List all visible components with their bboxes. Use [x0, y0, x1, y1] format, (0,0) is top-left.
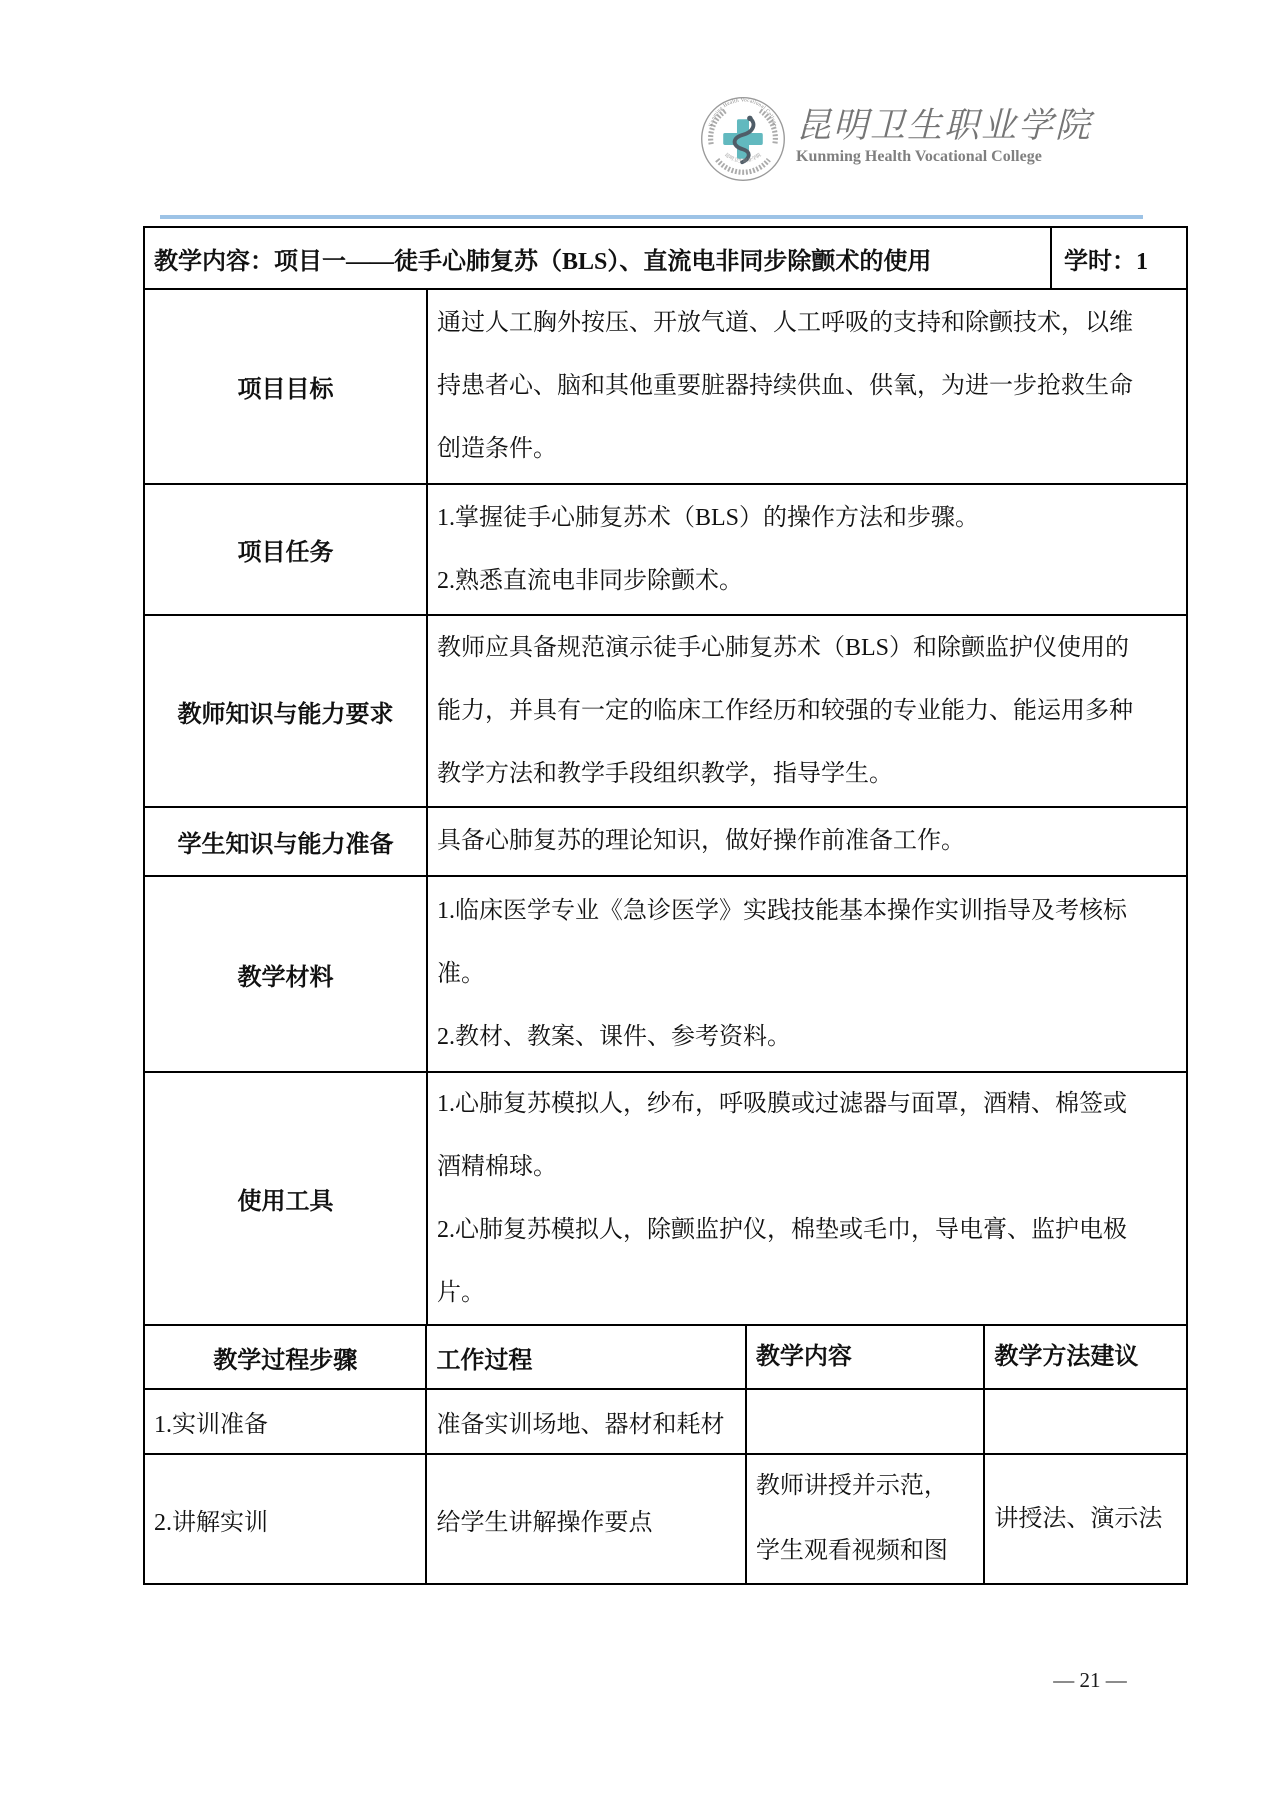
table-row-student-preparation: 学生知识与能力准备 具备心肺复苏的理论知识，做好操作前准备工作。: [145, 808, 1188, 877]
row-label: 教师知识与能力要求: [145, 616, 428, 808]
teaching-content-title: 教学内容：项目一——徒手心肺复苏（BLS）、直流电非同步除颤术的使用: [145, 228, 1052, 290]
process-work: 给学生讲解操作要点: [427, 1455, 746, 1585]
class-hours: 学时：1: [1052, 228, 1188, 290]
college-seal-icon: Kunming Health Vocational College 昆明卫生职业…: [700, 96, 786, 182]
table-row-teaching-materials: 教学材料 1.临床医学专业《急诊医学》实践技能基本操作实训指导及考核标 准。 2…: [145, 877, 1188, 1073]
process-header-row: 教学过程步骤 工作过程 教学内容 教学方法建议: [145, 1326, 1188, 1390]
table-row-project-task: 项目任务 1.掌握徒手心肺复苏术（BLS）的操作方法和步骤。 2.熟悉直流电非同…: [145, 485, 1188, 616]
header-divider: [160, 215, 1143, 219]
document-page: Kunming Health Vocational College 昆明卫生职业…: [0, 0, 1274, 1801]
process-row-explanation: 2.讲解实训 给学生讲解操作要点 教师讲授并示范， 学生观看视频和图 讲授法、演…: [145, 1455, 1188, 1585]
row-label: 学生知识与能力准备: [145, 808, 428, 877]
process-content: [747, 1390, 986, 1455]
table-row-tools: 使用工具 1.心肺复苏模拟人，纱布，呼吸膜或过滤器与面罩，酒精、棉签或 酒精棉球…: [145, 1073, 1188, 1326]
row-content: 具备心肺复苏的理论知识，做好操作前准备工作。: [428, 808, 1188, 877]
process-header-work: 工作过程: [427, 1326, 746, 1390]
process-step: 1.实训准备: [145, 1390, 427, 1455]
row-content: 通过人工胸外按压、开放气道、人工呼吸的支持和除颤技术，以维 持患者心、脑和其他重…: [428, 290, 1188, 485]
process-method: [985, 1390, 1188, 1455]
process-content: 教师讲授并示范， 学生观看视频和图: [747, 1455, 986, 1585]
process-method: 讲授法、演示法: [985, 1455, 1188, 1585]
table-row-teacher-requirements: 教师知识与能力要求 教师应具备规范演示徒手心肺复苏术（BLS）和除颤监护仪使用的…: [145, 616, 1188, 808]
college-name-en: Kunming Health Vocational College: [796, 148, 1096, 166]
process-step: 2.讲解实训: [145, 1455, 427, 1585]
table-row-project-goal: 项目目标 通过人工胸外按压、开放气道、人工呼吸的支持和除颤技术，以维 持患者心、…: [145, 290, 1188, 485]
row-label: 项目目标: [145, 290, 428, 485]
process-header-content: 教学内容: [747, 1326, 986, 1390]
row-label: 教学材料: [145, 877, 428, 1073]
lesson-plan-table: 教学内容：项目一——徒手心肺复苏（BLS）、直流电非同步除颤术的使用 学时：1 …: [143, 226, 1188, 1585]
row-label: 使用工具: [145, 1073, 428, 1326]
college-name-cn: 昆明卫生职业学院: [796, 98, 1096, 148]
process-header-method: 教学方法建议: [985, 1326, 1188, 1390]
page-number: — 21 —: [1030, 1668, 1150, 1693]
row-content: 1.掌握徒手心肺复苏术（BLS）的操作方法和步骤。 2.熟悉直流电非同步除颤术。: [428, 485, 1188, 616]
row-content: 1.临床医学专业《急诊医学》实践技能基本操作实训指导及考核标 准。 2.教材、教…: [428, 877, 1188, 1073]
header-logo: Kunming Health Vocational College 昆明卫生职业…: [700, 96, 1160, 188]
process-row-preparation: 1.实训准备 准备实训场地、器材和耗材: [145, 1390, 1188, 1455]
table-title-row: 教学内容：项目一——徒手心肺复苏（BLS）、直流电非同步除颤术的使用 学时：1: [145, 228, 1188, 290]
row-content: 1.心肺复苏模拟人，纱布，呼吸膜或过滤器与面罩，酒精、棉签或 酒精棉球。 2.心…: [428, 1073, 1188, 1326]
process-work: 准备实训场地、器材和耗材: [427, 1390, 746, 1455]
row-content: 教师应具备规范演示徒手心肺复苏术（BLS）和除颤监护仪使用的 能力，并具有一定的…: [428, 616, 1188, 808]
row-label: 项目任务: [145, 485, 428, 616]
process-header-steps: 教学过程步骤: [145, 1326, 427, 1390]
